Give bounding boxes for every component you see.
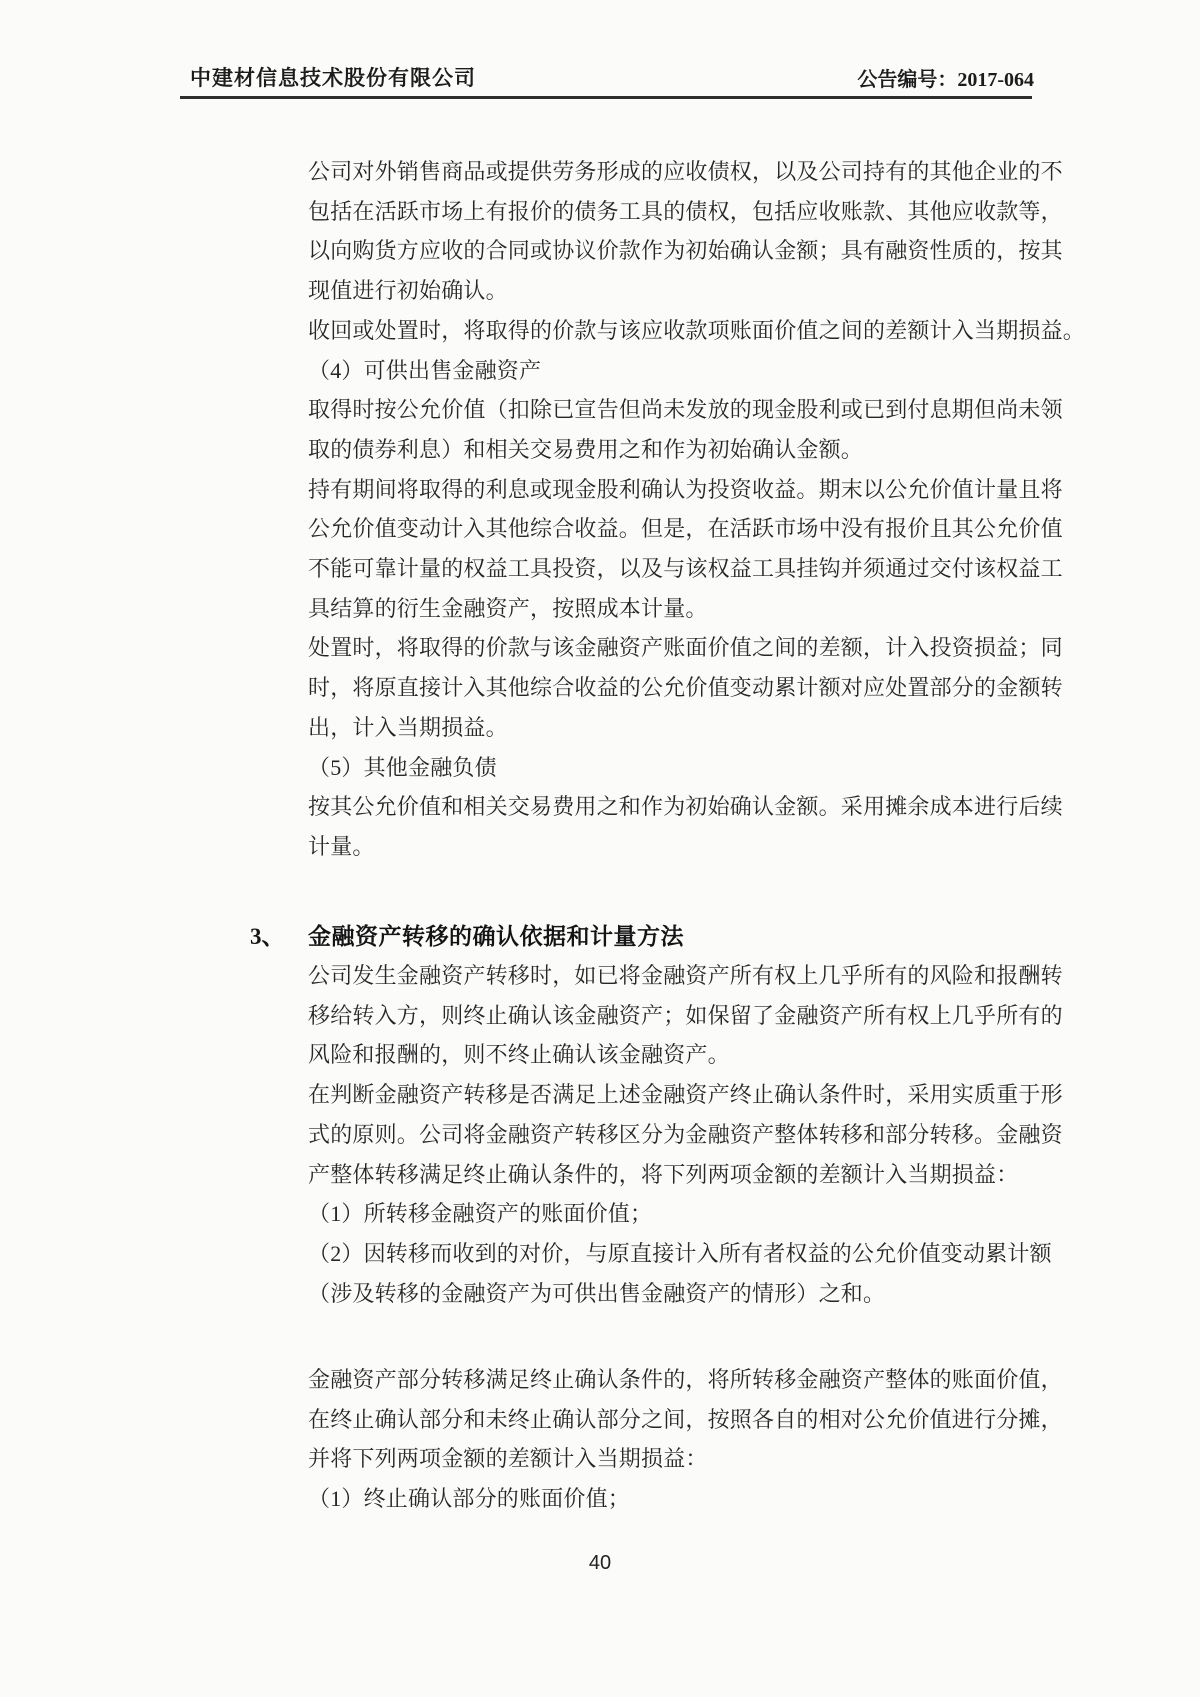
text-line: 处置时，将取得的价款与该金融资产账面价值之间的差额，计入投资损益；同	[308, 628, 1108, 668]
text-line: 风险和报酬的，则不终止确认该金融资产。	[308, 1035, 1108, 1075]
text-line: 不能可靠计量的权益工具投资，以及与该权益工具挂钩并须通过交付该权益工	[308, 549, 1108, 589]
text-line: 在判断金融资产转移是否满足上述金融资产终止确认条件时，采用实质重于形	[308, 1075, 1108, 1115]
text-line: 出，计入当期损益。	[308, 708, 1108, 748]
text-line: 取得时按公允价值（扣除已宣告但尚未发放的现金股利或已到付息期但尚未领	[308, 390, 1108, 430]
text-line: 包括在活跃市场上有报价的债务工具的债权，包括应收账款、其他应收款等，	[308, 192, 1108, 232]
section-heading-title: 金融资产转移的确认依据和计量方法	[308, 924, 684, 949]
section-heading-number: 3、	[250, 918, 308, 951]
financial-assets-policy-paragraphs: 公司对外销售商品或提供劳务形成的应收债权，以及公司持有的其他企业的不包括在活跃市…	[308, 152, 1108, 867]
asset-transfer-paragraphs: 公司发生金融资产转移时，如已将金融资产所有权上几乎所有的风险和报酬转移给转入方，…	[308, 956, 1108, 1313]
text-line: （1）所转移金融资产的账面价值；	[308, 1194, 1108, 1234]
text-line: 并将下列两项金额的差额计入当期损益：	[308, 1439, 1108, 1479]
text-line: 式的原则。公司将金融资产转移区分为金融资产整体转移和部分转移。金融资	[308, 1115, 1108, 1155]
text-line: 时，将原直接计入其他综合收益的公允价值变动累计额对应处置部分的金额转	[308, 668, 1108, 708]
text-line: （涉及转移的金融资产为可供出售金融资产的情形）之和。	[308, 1274, 1108, 1314]
header-divider	[180, 96, 1032, 99]
text-line: 现值进行初始确认。	[308, 271, 1108, 311]
text-line: 公司对外销售商品或提供劳务形成的应收债权，以及公司持有的其他企业的不	[308, 152, 1108, 192]
partial-transfer-paragraphs: 金融资产部分转移满足终止确认条件的，将所转移金融资产整体的账面价值，在终止确认部…	[308, 1360, 1108, 1519]
text-line: 以向购货方应收的合同或协议价款作为初始确认金额；具有融资性质的，按其	[308, 231, 1108, 271]
text-line: 移给转入方，则终止确认该金融资产；如保留了金融资产所有权上几乎所有的	[308, 996, 1108, 1036]
text-line: （5）其他金融负债	[308, 748, 1108, 788]
text-line: 公司发生金融资产转移时，如已将金融资产所有权上几乎所有的风险和报酬转	[308, 956, 1108, 996]
text-line: 具结算的衍生金融资产，按照成本计量。	[308, 589, 1108, 629]
text-line: 公允价值变动计入其他综合收益。但是，在活跃市场中没有报价且其公允价值	[308, 509, 1108, 549]
section-heading: 3、金融资产转移的确认依据和计量方法	[250, 918, 684, 951]
header-company-name: 中建材信息技术股份有限公司	[190, 62, 476, 92]
header-notice-number: 公告编号：2017-064	[857, 63, 1034, 92]
text-line: （4）可供出售金融资产	[308, 351, 1108, 391]
document-page: 中建材信息技术股份有限公司 公告编号：2017-064 公司对外销售商品或提供劳…	[0, 0, 1200, 1697]
text-line: 取的债券利息）和相关交易费用之和作为初始确认金额。	[308, 430, 1108, 470]
text-line: 在终止确认部分和未终止确认部分之间，按照各自的相对公允价值进行分摊，	[308, 1400, 1108, 1440]
text-line: （2）因转移而收到的对价，与原直接计入所有者权益的公允价值变动累计额	[308, 1234, 1108, 1274]
text-line: 按其公允价值和相关交易费用之和作为初始确认金额。采用摊余成本进行后续	[308, 787, 1108, 827]
text-line: 产整体转移满足终止确认条件的，将下列两项金额的差额计入当期损益：	[308, 1155, 1108, 1195]
text-line: 计量。	[308, 827, 1108, 867]
text-line: 收回或处置时，将取得的价款与该应收款项账面价值之间的差额计入当期损益。	[308, 311, 1108, 351]
text-line: 持有期间将取得的利息或现金股利确认为投资收益。期末以公允价值计量且将	[308, 470, 1108, 510]
text-line: （1）终止确认部分的账面价值；	[308, 1479, 1108, 1519]
page-number: 40	[0, 1552, 1200, 1575]
text-line: 金融资产部分转移满足终止确认条件的，将所转移金融资产整体的账面价值，	[308, 1360, 1108, 1400]
